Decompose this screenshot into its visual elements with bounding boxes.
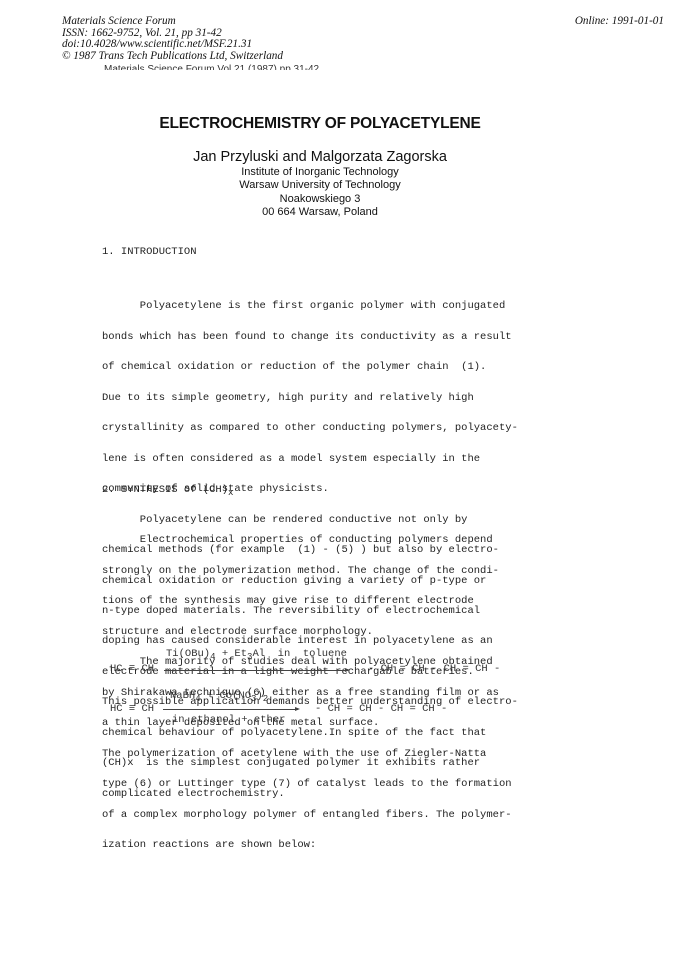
catalyst-text: Al in toluene — [252, 648, 347, 660]
text-line: tions of the synthesis may give rise to … — [102, 596, 512, 606]
journal-name: Materials Science Forum — [62, 16, 283, 28]
reaction-1-catalyst: Ti(OBu)4 + Et3Al in toluene — [166, 648, 347, 660]
catalyst-text: + Co(NO — [201, 690, 251, 702]
citation-block: Materials Science Forum ISSN: 1662-9752,… — [62, 16, 283, 62]
text-line: Polyacetylene is the first organic polym… — [102, 301, 518, 311]
text-line: crystallinity as compared to other condu… — [102, 423, 518, 433]
affiliation-line: Warsaw University of Technology — [0, 179, 640, 192]
affiliation-line: Noakowskiego 3 — [0, 193, 640, 206]
reaction-2-catalyst: NaBH4 + Co(NO3)2 — [170, 690, 268, 702]
affiliation-line: 00 664 Warsaw, Poland — [0, 206, 640, 219]
reaction-2-reactant: HC ≡ CH — [110, 703, 154, 715]
copyright-line: © 1987 Trans Tech Publications Ltd, Swit… — [62, 51, 283, 63]
affiliation-block: Institute of Inorganic Technology Warsaw… — [0, 166, 640, 219]
online-date: Online: 1991-01-01 — [575, 16, 664, 28]
text-line: type (6) or Luttinger type (7) of cataly… — [102, 779, 512, 789]
reaction-arrow-icon — [163, 709, 298, 710]
text-line: bonds which has been found to change its… — [102, 332, 518, 342]
section-heading-synthesis: 2. SYNTHESIS of (CH)x — [102, 484, 233, 496]
affiliation-line: Institute of Inorganic Technology — [0, 166, 640, 179]
catalyst-text: NaBH — [170, 690, 195, 702]
text-line: lene is often considered as a model syst… — [102, 454, 518, 464]
paper-title: ELECTROCHEMISTRY OF POLYACETYLENE — [0, 115, 640, 133]
doi-line[interactable]: doi:10.4028/www.scientific.net/MSF.21.31 — [62, 39, 283, 51]
text-line: structure and electrode surface morpholo… — [102, 627, 512, 637]
synthesis-body: Electrochemical properties of conducting… — [102, 515, 512, 860]
reaction-2-product: - CH = CH - CH = CH - — [315, 703, 447, 715]
catalyst-text: Ti(OBu) — [166, 648, 210, 660]
reaction-arrow-icon — [164, 670, 348, 671]
running-head: Materials Science Forum Vol.21 (1987) pp… — [104, 62, 319, 70]
subscript: 2 — [263, 694, 268, 704]
text-line: ization reactions are shown below: — [102, 840, 512, 850]
text-line: of a complex morphology polymer of entan… — [102, 810, 512, 820]
text-line: by Shirakawa technique (6) either as a f… — [102, 688, 512, 698]
catalyst-text: + Et — [216, 648, 248, 660]
heading-text: 2. SYNTHESIS of (CH) — [102, 484, 228, 496]
text-line: of chemical oxidation or reduction of th… — [102, 362, 518, 372]
text-line: a thin layer deposited on the metal surf… — [102, 718, 512, 728]
text-line: Due to its simple geometry, high purity … — [102, 393, 518, 403]
text-line: The polymerization of acetylene with the… — [102, 749, 512, 759]
paper-authors: Jan Przyluski and Malgorzata Zagorska — [0, 149, 640, 165]
reaction-2-solvent: in ethanol + ether — [172, 714, 285, 726]
text-line: Electrochemical properties of conducting… — [102, 535, 512, 545]
reaction-1-reactant: HC ≡ CH — [110, 663, 154, 675]
section-heading-introduction: 1. INTRODUCTION — [102, 246, 197, 258]
reaction-1-product: - CH = CH - CH = CH - — [368, 663, 500, 675]
text-line: strongly on the polymerization method. T… — [102, 566, 512, 576]
heading-subscript: x — [228, 488, 233, 498]
